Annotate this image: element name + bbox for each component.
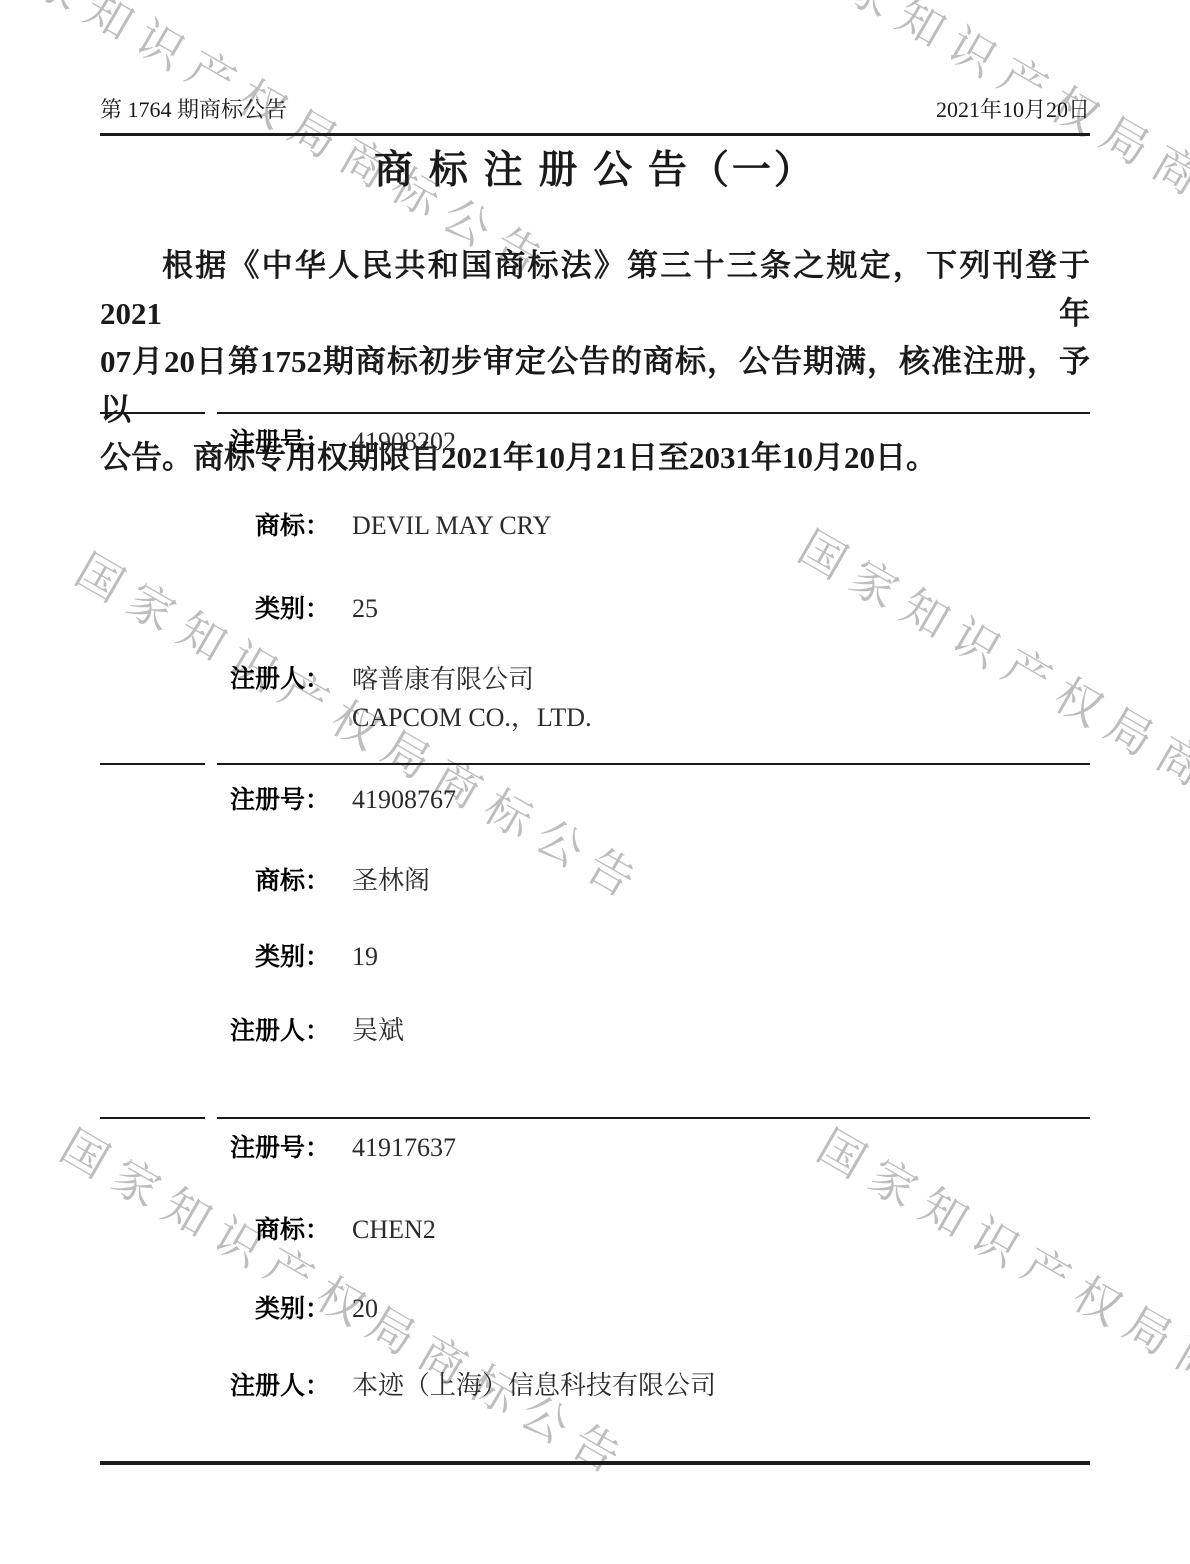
record-divider [217,412,1090,414]
record-row-mark: 商标：圣林阁 [100,863,1090,899]
field-value-regno: 41917637 [352,1130,456,1166]
field-value-registrant: 喀普康有限公司CAPCOM CO.，LTD. [352,661,592,737]
record-row-regno: 注册号：41917637 [100,1130,1090,1166]
record-row-mark: 商标：DEVIL MAY CRY [100,508,1090,544]
header-divider [100,133,1090,136]
field-value-regno: 41908202 [352,424,456,460]
field-label-regno: 注册号： [100,1130,330,1166]
record-row-regno: 注册号：41908767 [100,782,1090,818]
record-divider [217,763,1090,765]
intro-line: 根据《中华人民共和国商标法》第三十三条之规定，下列刊登于2021年 [100,242,1090,338]
field-label-class: 类别： [100,591,330,627]
record-row-regno: 注册号：41908202 [100,424,1090,460]
record-row-class: 类别：25 [100,591,1090,627]
page-title: 商 标 注 册 公 告（一） [0,148,1190,194]
field-value-registrant: 吴斌 [352,1013,404,1049]
bottom-divider [100,1461,1090,1465]
record-row-class: 类别：20 [100,1291,1090,1327]
record-row-registrant: 注册人：吴斌 [100,1013,1090,1049]
record-divider [100,1117,205,1119]
record-row-registrant: 注册人：喀普康有限公司CAPCOM CO.，LTD. [100,661,1090,737]
field-label-registrant: 注册人： [100,1013,330,1049]
page-header: 第 1764 期商标公告 2021年10月20日 [100,97,1090,123]
record-row-mark: 商标：CHEN2 [100,1212,1090,1248]
record-row-registrant: 注册人：本迹（上海）信息科技有限公司 [100,1368,1090,1404]
intro-line: 07月20日第1752期商标初步审定公告的商标，公告期满，核准注册，予以 [100,338,1090,434]
gazette-page: 国家知识产权局商标公告 国家知识产权局商标公告 国家知识产权局商标公告 国家知识… [0,0,1190,1564]
field-value-class: 20 [352,1291,378,1327]
issue-date: 2021年10月20日 [936,97,1090,123]
field-label-registrant: 注册人： [100,1368,330,1404]
field-label-mark: 商标： [100,508,330,544]
field-label-regno: 注册号： [100,782,330,818]
field-value-registrant: 本迹（上海）信息科技有限公司 [352,1368,716,1404]
field-value-mark: 圣林阁 [352,863,430,899]
field-label-class: 类别： [100,939,330,975]
field-label-mark: 商标： [100,1212,330,1248]
record-divider [100,763,205,765]
field-value-mark: CHEN2 [352,1212,436,1248]
registrant-name-cn: 喀普康有限公司 [352,661,592,699]
record-divider [100,412,205,414]
field-value-regno: 41908767 [352,782,456,818]
record-divider [217,1117,1090,1119]
issue-label: 第 1764 期商标公告 [100,97,287,123]
record-row-class: 类别：19 [100,939,1090,975]
field-label-registrant: 注册人： [100,661,330,697]
field-value-class: 19 [352,939,378,975]
field-label-regno: 注册号： [100,424,330,460]
field-label-class: 类别： [100,1291,330,1327]
field-value-mark: DEVIL MAY CRY [352,508,551,544]
field-value-class: 25 [352,591,378,627]
field-label-mark: 商标： [100,863,330,899]
registrant-name-en: CAPCOM CO.，LTD. [352,699,592,737]
